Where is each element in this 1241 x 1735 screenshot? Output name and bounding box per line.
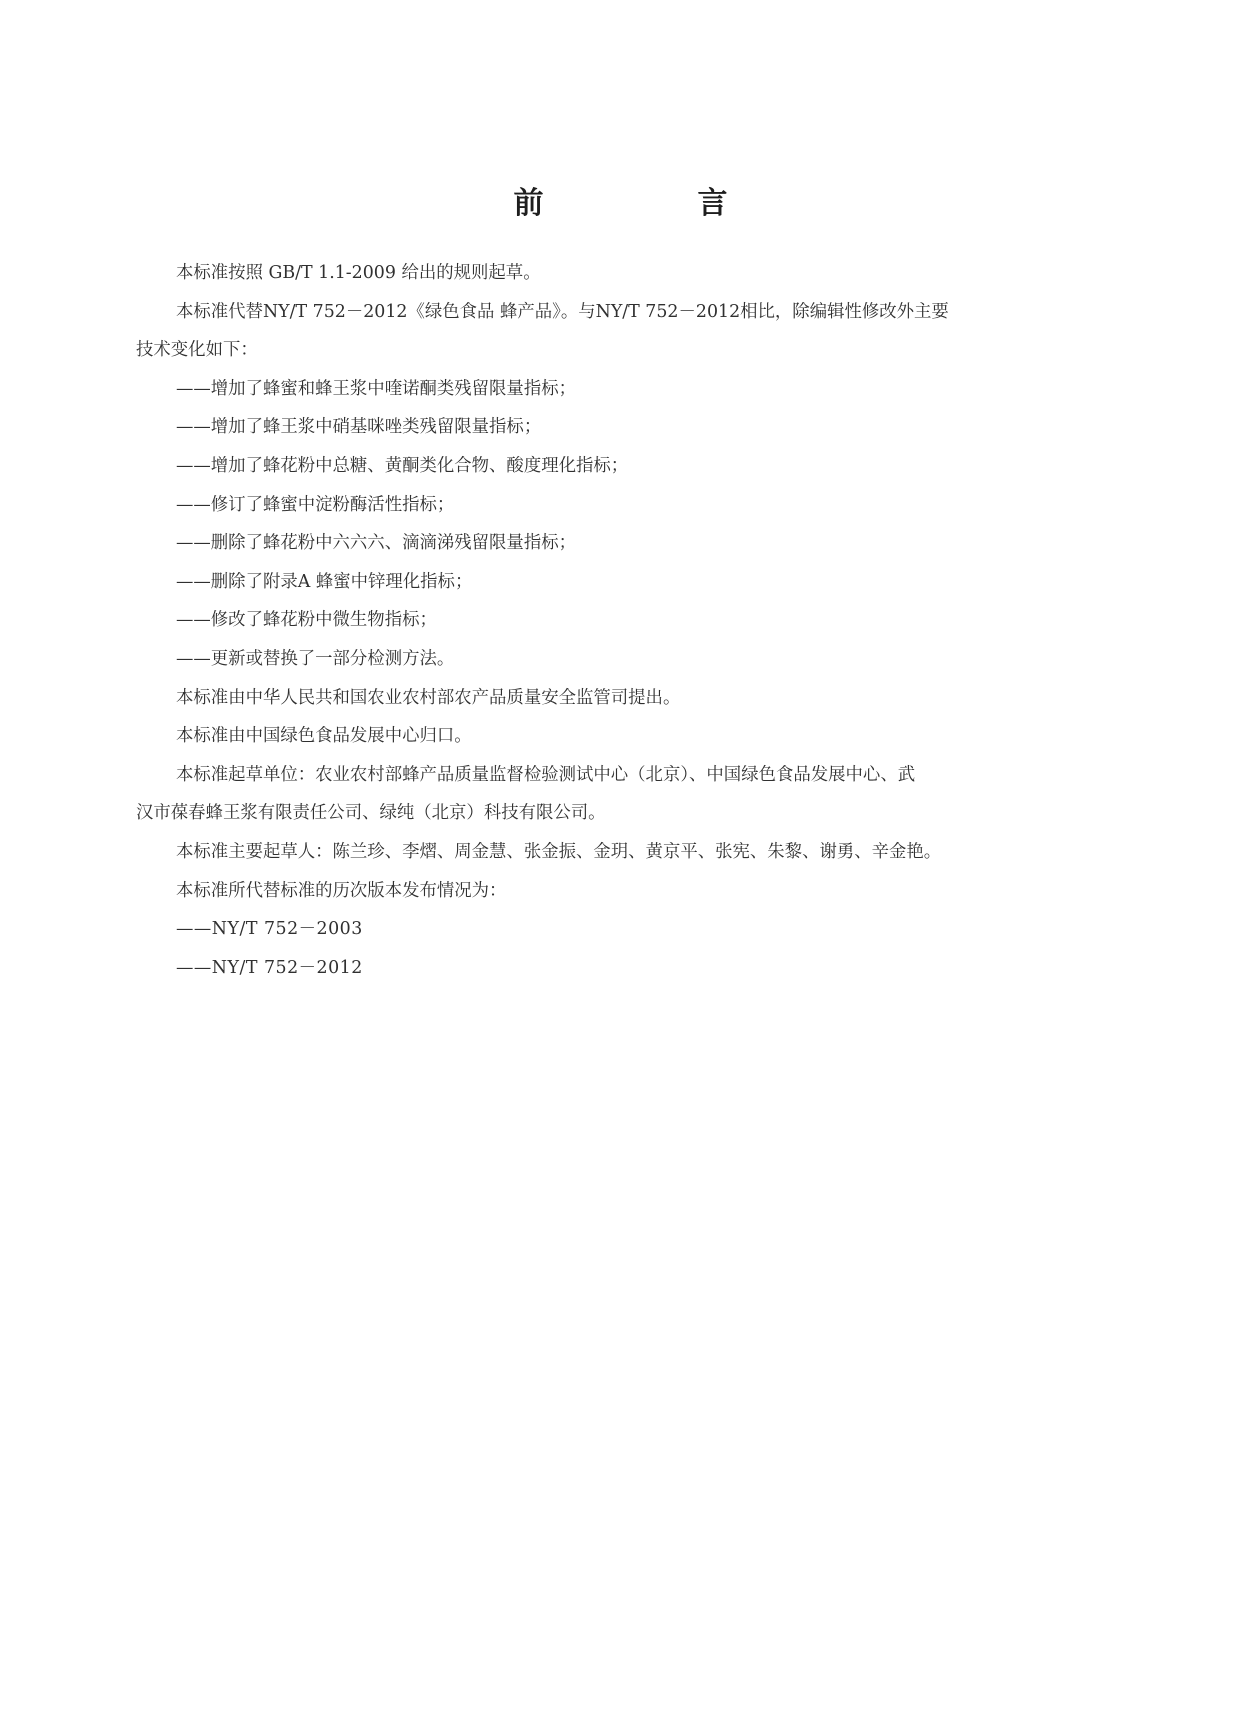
history-item: ——NY/T 752－2003 — [136, 910, 1116, 949]
paragraph-proposer: 本标准由中华人民共和国农业农村部农产品质量安全监管司提出。 — [136, 679, 1116, 718]
change-item: ——增加了蜂王浆中硝基咪唑类残留限量指标； — [136, 408, 1116, 447]
paragraph-replacement-line1: 本标准代替NY/T 752－2012《绿色食品 蜂产品》。与NY/T 752－2… — [136, 293, 1116, 332]
change-item: ——修改了蜂花粉中微生物指标； — [136, 601, 1116, 640]
change-item: ——更新或替换了一部分检测方法。 — [136, 640, 1116, 679]
paragraph-drafting-units-line2: 汉市葆春蜂王浆有限责任公司、绿纯（北京）科技有限公司。 — [136, 794, 1116, 833]
foreword-body: 本标准按照 GB/T 1.1-2009 给出的规则起草。 本标准代替NY/T 7… — [136, 254, 1116, 987]
history-item: ——NY/T 752－2012 — [136, 949, 1116, 988]
paragraph-main-drafters: 本标准主要起草人：陈兰珍、李熠、周金慧、张金振、金玥、黄京平、张宪、朱黎、谢勇、… — [136, 833, 1116, 872]
paragraph-version-history: 本标准所代替标准的历次版本发布情况为： — [136, 872, 1116, 911]
change-item: ——修订了蜂蜜中淀粉酶活性指标； — [136, 486, 1116, 525]
paragraph-drafting-units-line1: 本标准起草单位：农业农村部蜂产品质量监督检验测试中心（北京）、中国绿色食品发展中… — [136, 756, 1116, 795]
paragraph-drafting-rules: 本标准按照 GB/T 1.1-2009 给出的规则起草。 — [136, 254, 1116, 293]
change-item: ——增加了蜂花粉中总糖、黄酮类化合物、酸度理化指标； — [136, 447, 1116, 486]
change-item: ——删除了附录A 蜂蜜中锌理化指标； — [136, 563, 1116, 602]
paragraph-administrator: 本标准由中国绿色食品发展中心归口。 — [136, 717, 1116, 756]
change-item: ——增加了蜂蜜和蜂王浆中喹诺酮类残留限量指标； — [136, 370, 1116, 409]
document-page: 前 言 本标准按照 GB/T 1.1-2009 给出的规则起草。 本标准代替NY… — [0, 0, 1241, 1735]
page-title: 前 言 — [0, 184, 1241, 224]
change-item: ——删除了蜂花粉中六六六、滴滴涕残留限量指标； — [136, 524, 1116, 563]
paragraph-replacement-line2: 技术变化如下： — [136, 331, 1116, 370]
